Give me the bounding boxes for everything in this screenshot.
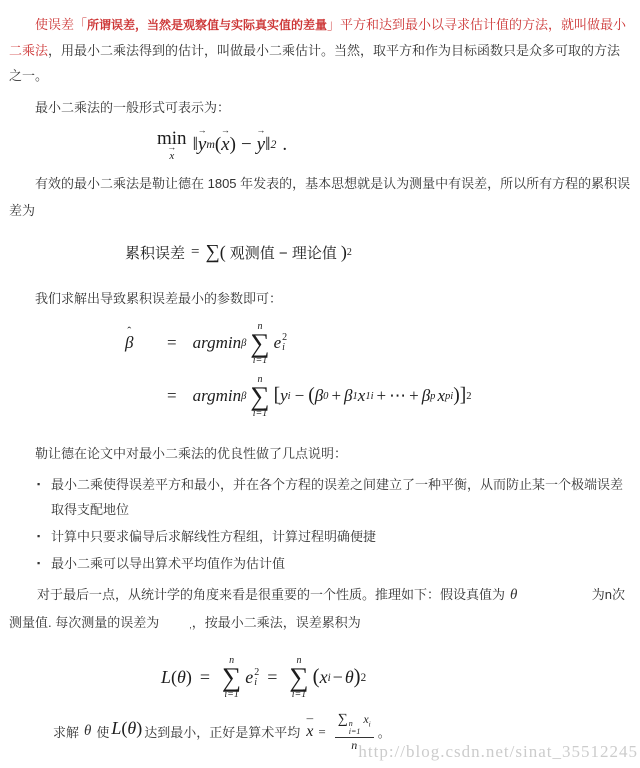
plus-sign: + [409, 386, 419, 406]
beta-hat: ˆβ [125, 333, 133, 353]
argmin-sub-beta: β [241, 338, 246, 349]
formula-general-form: min→x ‖→ym(→x) − →y‖2 . [157, 124, 631, 166]
plus-sign: + [331, 386, 341, 406]
sum-with-limits: n∑i=1 [250, 374, 269, 419]
e-sup-sub: 2i [254, 668, 259, 688]
equals-sign: = [191, 244, 199, 261]
min-operator: min→x [157, 129, 187, 162]
plus-sign: + [377, 386, 387, 406]
L-theta-inline: L(θ) [111, 718, 142, 739]
observed-minus-theoretical: 观测值 − 理论值 [230, 242, 337, 263]
theta-symbol: θ [84, 723, 91, 740]
intro-paragraph: 使误差「所谓误差，当然是观察值与实际真实值的差量」平方和达到最小以寻求估计值的方… [9, 12, 631, 88]
sum-symbol: ∑ [222, 666, 241, 689]
intro-red-bold-text: 所谓误差，当然是观察值与实际真实值的差量 [87, 18, 327, 32]
e-sup-sub: 2i [282, 333, 287, 353]
article-page: 使误差「所谓误差，当然是观察值与实际真实值的差量」平方和达到最小以寻求估计值的方… [0, 0, 640, 768]
bullet-item: ▪最小二乘可以导出算术平均值作为估计值 [37, 551, 631, 576]
intro-black-text: ，用最小二乘法得到的估计，叫做最小二乘估计。当然，取平方和作为目标函数只是众多可… [9, 43, 620, 83]
cdots: ⋯ [389, 386, 406, 406]
bullet-item: ▪最小二乘使得误差平方和最小，并在各个方程的误差之间建立了一种平衡，从而防止某一… [37, 472, 631, 522]
article-body: 使误差「所谓误差，当然是观察值与实际真实值的差量」平方和达到最小以寻求估计值的方… [0, 0, 640, 753]
cumulative-error-label: 累积误差 [125, 242, 185, 263]
theta-symbol: θ [177, 667, 186, 688]
bullet-marker-icon: ▪ [37, 551, 40, 576]
minus-sign: − [295, 386, 305, 406]
hat-icon: ˆ [127, 324, 131, 339]
formula-beta-argmin: ˆβ = argminβ n∑i=1 e2i = argminβ n∑i=1 [… [125, 321, 631, 419]
bullet-marker-icon: ▪ [37, 524, 40, 549]
theta-symbol: θ [510, 582, 517, 609]
equals-sign: = [318, 724, 325, 740]
sum-symbol: ∑ [338, 712, 348, 727]
argmin-operator: argmin [193, 333, 242, 353]
period: . [282, 134, 287, 156]
legendre-paragraph: 勒让德在论文中对最小二乘法的优良性做了几点说明： [9, 441, 631, 466]
bullet-text: 最小二乘可以导出算术平均值作为估计值 [51, 556, 285, 571]
sub-m: m [206, 138, 215, 152]
bar-icon: ¯ [307, 716, 314, 732]
formula-cumulative-error: 累积误差 = ∑ ( 观测值 − 理论值 ) 2 [125, 236, 631, 268]
sum-symbol: ∑ [289, 666, 308, 689]
bullet-text: 最小二乘使得误差平方和最小，并在各个方程的误差之间建立了一种平衡，从而防止某一个… [51, 477, 623, 517]
square-exponent: 2 [347, 247, 352, 258]
minus-sign: − [241, 134, 252, 156]
equals-sign: = [267, 667, 277, 688]
fraction-numerator: ∑ni=1xi [335, 712, 374, 738]
last-point-paragraph: 对于最后一点，从统计学的角度来看是很重要的一个性质。推理如下：假设真值为 θ 为… [9, 581, 631, 639]
last-point-line-2: 测量值. 每次测量的误差为,，按最小二乘法，误差累积为 [9, 609, 631, 639]
vector-arrow-icon: → [256, 126, 265, 135]
equals-sign: = [167, 386, 177, 406]
bullet-list: ▪最小二乘使得误差平方和最小，并在各个方程的误差之间建立了一种平衡，从而防止某一… [9, 472, 631, 576]
e-variable: e [274, 333, 282, 353]
L-function: L [161, 667, 171, 688]
history-paragraph: 有效的最小二乘法是勒让德在 1805 年发表的，基本思想就是认为测量中有误差，所… [9, 170, 631, 224]
vector-arrow-icon: → [221, 126, 230, 135]
sum-symbol: ∑ [250, 332, 269, 355]
sum-with-limits: n∑i=1 [222, 655, 241, 700]
last-point-line-1: 对于最后一点，从统计学的角度来看是很重要的一个性质。推理如下：假设真值为 θ 为… [9, 581, 631, 609]
sum-symbol: ∑ [250, 385, 269, 408]
bullet-text: 计算中只要求偏导后求解线性方程组，计算过程明确便捷 [51, 529, 376, 544]
intro-red-text: 使误差「 [35, 17, 87, 32]
beta-formula-row-2: = argminβ n∑i=1 [yi − (β0 + β1x1i + ⋯ + … [125, 374, 631, 419]
square-exponent: 2 [361, 672, 367, 684]
y-vector: →y [198, 134, 206, 156]
sum-with-limits: n∑i=1 [250, 321, 269, 366]
x-vector: →x [221, 134, 229, 156]
vector-arrow-icon: → [198, 126, 207, 135]
square-exponent: 2 [466, 391, 471, 402]
y-vector: →y [257, 134, 265, 156]
equals-sign: = [200, 667, 210, 688]
sum-with-limits: n∑i=1 [289, 655, 308, 700]
formula-loss: L(θ) = n∑i=1 e2i = n∑i=1 (xi−θ)2 [161, 651, 631, 705]
bullet-item: ▪计算中只要求偏导后求解线性方程组，计算过程明确便捷 [37, 524, 631, 549]
x-bar: ¯x [306, 723, 313, 741]
fraction-denominator: n [351, 738, 357, 752]
minus-sign: − [333, 667, 343, 688]
argmin-operator: argmin [193, 386, 242, 406]
solve-paragraph: 我们求解出导致累积误差最小的参数即可： [9, 286, 631, 311]
norm-sub-2: 2 [270, 138, 276, 152]
sum-symbol: ∑ [205, 241, 219, 264]
theta-symbol: θ [345, 667, 354, 688]
x-vector: →x [169, 151, 174, 162]
general-form-lead: 最小二乘法的一般形式可表示为： [9, 95, 631, 120]
equals-sign: = [167, 333, 177, 353]
watermark: http://blog.csdn.net/sinat_35512245 [358, 742, 638, 762]
cn-period: 。 [378, 722, 391, 741]
argmin-sub-beta: β [241, 391, 246, 402]
e-variable: e [245, 667, 253, 688]
beta-formula-row-1: ˆβ = argminβ n∑i=1 e2i [125, 321, 631, 366]
bullet-marker-icon: ▪ [37, 472, 40, 497]
vector-arrow-icon: → [167, 143, 176, 152]
